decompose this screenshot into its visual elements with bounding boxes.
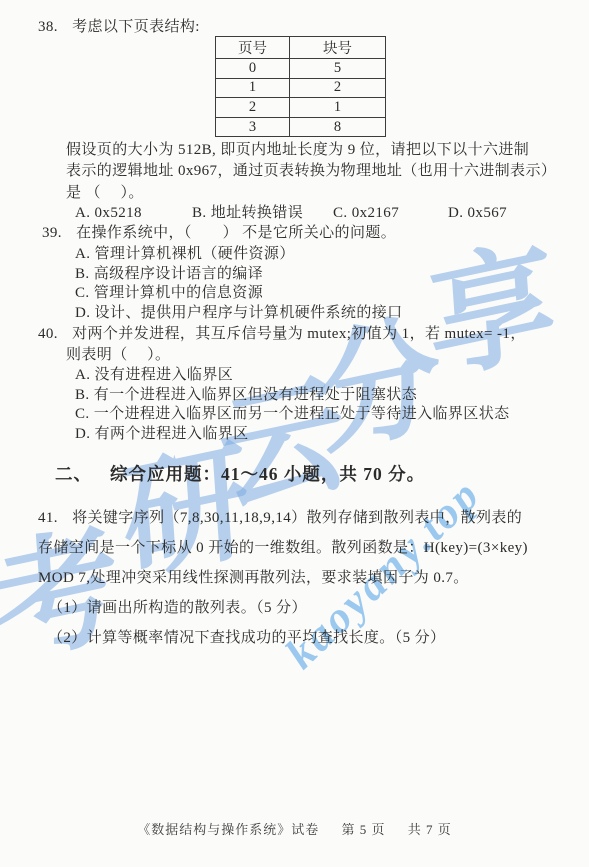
question-39-text: 在操作系统中，（ ） 不是它所关心的问题。 bbox=[76, 225, 396, 241]
section-2-text: 综合应用题：41～46 小题，共 70 分。 bbox=[110, 464, 425, 484]
question-38-number: 38. bbox=[38, 18, 58, 37]
q40-option-b: B. 有一个进程进入临界区但没有进程处于阻塞状态 bbox=[75, 386, 417, 405]
page-footer: 《数据结构与操作系统》试卷 第 5 页 共 7 页 bbox=[0, 819, 589, 838]
page-table: 页号 块号 0 5 1 2 2 1 3 8 bbox=[215, 36, 386, 137]
table-row: 1 2 bbox=[216, 78, 386, 98]
table-cell: 0 bbox=[216, 59, 290, 79]
section-2-title: 二、综合应用题：41～46 小题，共 70 分。 bbox=[55, 461, 425, 486]
table-row: 3 8 bbox=[216, 117, 386, 137]
question-41-line3: MOD 7,处理冲突采用线性探测再散列法，要求装填因子为 0.7。 bbox=[38, 563, 469, 593]
question-41-line1: 41. 将关键字序列（7,8,30,11,18,9,14）散列存储到散列表中，散… bbox=[38, 503, 522, 533]
question-39-stem: 39. 在操作系统中，（ ） 不是它所关心的问题。 bbox=[42, 224, 396, 243]
question-40-number: 40. bbox=[38, 325, 58, 344]
table-cell: 8 bbox=[290, 117, 386, 137]
section-2-number: 二、 bbox=[55, 464, 92, 484]
table-cell: 3 bbox=[216, 117, 290, 137]
table-row: 2 1 bbox=[216, 98, 386, 118]
q38-option-c: C. 0x2167 bbox=[333, 204, 399, 223]
question-41-text-line1: 将关键字序列（7,8,30,11,18,9,14）散列存储到散列表中，散列表的 bbox=[72, 510, 522, 526]
watermark-char: 享 bbox=[425, 234, 559, 390]
question-39-number: 39. bbox=[42, 224, 62, 243]
q40-option-a: A. 没有进程进入临界区 bbox=[75, 366, 233, 385]
q40-option-c: C. 一个进程进入临界区而另一个进程正处于等待进入临界区状态 bbox=[75, 405, 510, 424]
q38-body-line3: 是 （ ）。 bbox=[66, 184, 144, 203]
table-header-row: 页号 块号 bbox=[216, 37, 386, 59]
question-40-stem: 40. 对两个并发进程，其互斥信号量为 mutex;初值为 1，若 mutex=… bbox=[38, 325, 526, 344]
table-cell: 2 bbox=[216, 98, 290, 118]
table-header-block-no: 块号 bbox=[290, 37, 386, 59]
q39-option-a: A. 管理计算机裸机（硬件资源） bbox=[75, 245, 295, 264]
q38-option-d: D. 0x567 bbox=[448, 204, 507, 223]
q38-body-line1: 假设页的大小为 512B, 即页内地址长度为 9 位，请把以下以十六进制 bbox=[66, 141, 529, 160]
question-38-heading: 38. 考虑以下页表结构: bbox=[38, 18, 200, 37]
question-40-text-line1: 对两个并发进程，其互斥信号量为 mutex;初值为 1，若 mutex= -1， bbox=[72, 326, 526, 342]
q38-option-b: B. 地址转换错误 bbox=[192, 204, 303, 223]
footer-total-pages: 共 7 页 bbox=[408, 822, 452, 837]
table-cell: 1 bbox=[290, 98, 386, 118]
q39-option-c: C. 管理计算机中的信息资源 bbox=[75, 284, 263, 303]
question-41-sub2: （2）计算等概率情况下查找成功的平均查找长度。（5 分） bbox=[48, 623, 445, 653]
question-41-sub1: （1）请画出所构造的散列表。（5 分） bbox=[48, 593, 307, 623]
table-header-page-no: 页号 bbox=[216, 37, 290, 59]
question-40-text-line2: 则表明（ ）。 bbox=[66, 346, 170, 365]
exam-paper-page: 考 研 云 分 享 kaoyany.top 38. 考虑以下页表结构: 页号 块… bbox=[0, 0, 589, 867]
footer-page-number: 第 5 页 bbox=[341, 822, 385, 837]
table-cell: 1 bbox=[216, 78, 290, 98]
table-cell: 5 bbox=[290, 59, 386, 79]
question-41-number: 41. bbox=[38, 503, 58, 533]
q40-option-d: D. 有两个进程进入临界区 bbox=[75, 425, 249, 444]
q39-option-d: D. 设计、提供用户程序与计算机硬件系统的接口 bbox=[75, 304, 403, 323]
table-cell: 2 bbox=[290, 78, 386, 98]
question-38-intro: 考虑以下页表结构: bbox=[72, 19, 200, 35]
q39-option-b: B. 高级程序设计语言的编译 bbox=[75, 265, 263, 284]
question-41-line2: 存储空间是一个下标从 0 开始的一维数组。散列函数是：H(key)=(3×key… bbox=[38, 533, 528, 563]
footer-paper-title: 《数据结构与操作系统》试卷 bbox=[137, 822, 319, 837]
q38-option-a: A. 0x5218 bbox=[75, 204, 142, 223]
q38-body-line2: 表示的逻辑地址 0x967，通过页表转换为物理地址（也用十六进制表示） bbox=[66, 162, 556, 181]
table-row: 0 5 bbox=[216, 59, 386, 79]
